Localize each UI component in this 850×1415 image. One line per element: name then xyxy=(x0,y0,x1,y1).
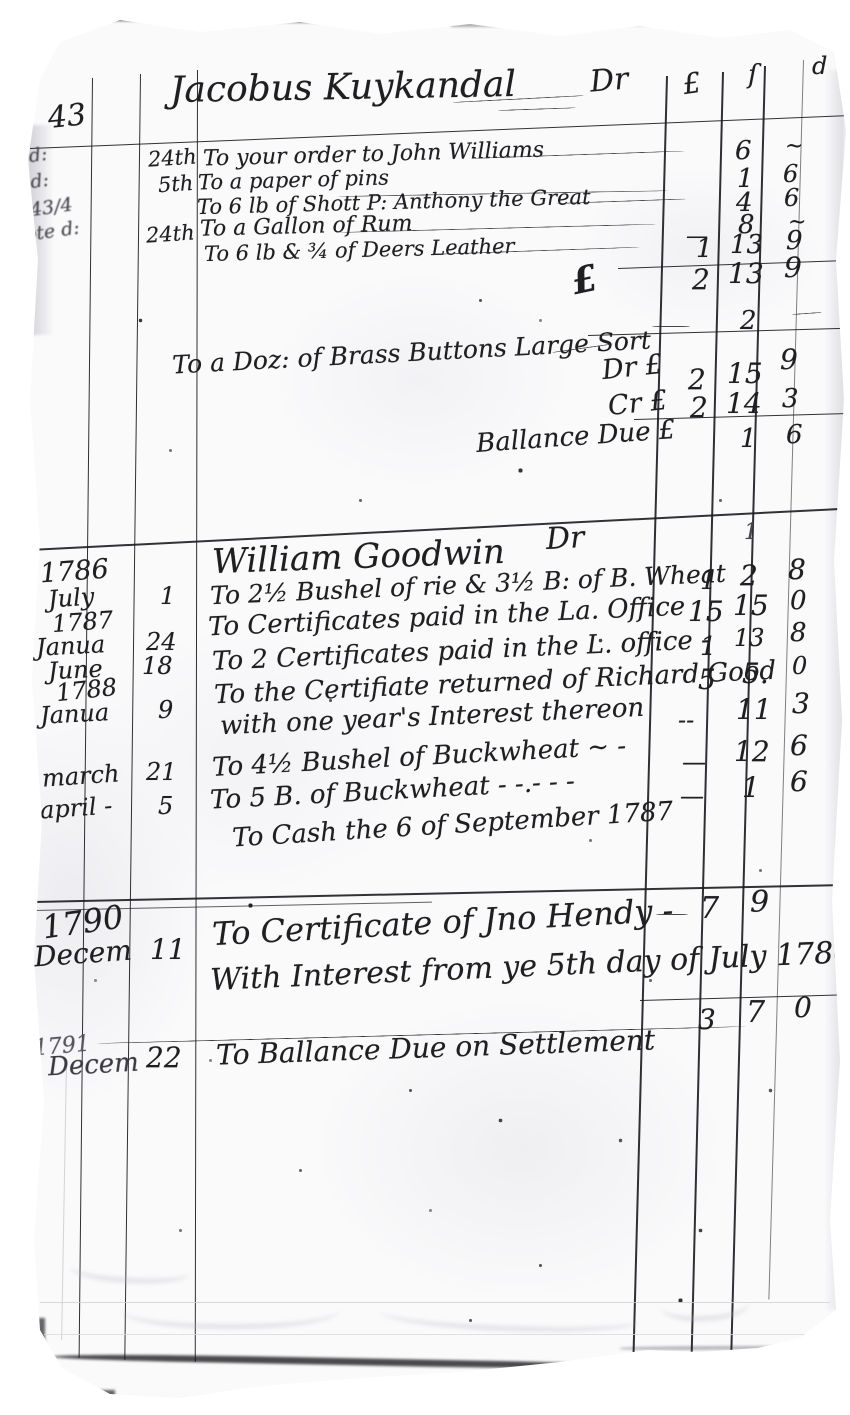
folio-number: 43 xyxy=(47,100,88,134)
account-title: Jacobus Kuykandal xyxy=(170,67,517,109)
amount-pounds: — xyxy=(680,784,704,808)
amount-pence: 0 xyxy=(792,654,807,678)
bleed-through-text xyxy=(120,1290,340,1329)
margin-day: 11 xyxy=(150,936,186,964)
ledger-rule-vertical xyxy=(195,70,198,1362)
debit-abbrev: Dr xyxy=(545,523,585,555)
amount-pounds: 2 xyxy=(690,394,708,422)
amount-pounds: 1 xyxy=(700,568,717,594)
scanned-ledger-page: 43 Jacobus Kuykandal Dr £ ſ d ch d: nn d… xyxy=(0,0,850,1415)
amount-pence: 9 xyxy=(780,346,798,374)
ghost-rule xyxy=(44,1334,824,1335)
amount-pence: 3 xyxy=(792,690,810,718)
amount-shillings: 15 xyxy=(727,360,763,388)
dust-specks xyxy=(0,0,1,1)
amount-pence: 6 xyxy=(790,768,808,796)
paper-edge-right-shadow xyxy=(824,70,844,1310)
amount-shillings: 1 xyxy=(744,522,758,544)
flourish-dash xyxy=(498,107,576,111)
paper-corner-curl xyxy=(38,1318,115,1397)
margin-day: 9 xyxy=(158,698,173,722)
amount-pounds: — xyxy=(682,750,706,774)
margin-month: Janua xyxy=(39,700,109,728)
total-shillings: 13 xyxy=(728,260,764,288)
margin-month: Decem xyxy=(47,1050,139,1081)
amount-pence: 6 xyxy=(790,732,808,760)
margin-month: march xyxy=(41,761,120,790)
margin-day: 18 xyxy=(142,654,173,678)
amount-shillings: 2 xyxy=(740,308,757,334)
total-pound-symbol: £ xyxy=(569,260,601,300)
amount-pence: 8 xyxy=(790,620,807,646)
pounds-header: £ xyxy=(681,69,703,99)
amount-shillings: 1 xyxy=(742,774,760,802)
margin-month: Decem xyxy=(33,937,133,972)
margin-day: 21 xyxy=(146,760,177,784)
amount-pence: 6 xyxy=(784,186,799,210)
amount-shillings: 1 xyxy=(740,426,757,452)
amount-pounds: 5 xyxy=(698,666,716,694)
amount-shillings: 12 xyxy=(734,738,770,766)
amount-pence: ~ xyxy=(785,136,803,158)
amount-shillings: 5. xyxy=(742,660,769,688)
margin-day: 22 xyxy=(146,1044,182,1072)
amount-shillings: 13 xyxy=(730,232,763,258)
amount-pounds: 7 xyxy=(700,894,719,924)
bleed-through-text xyxy=(69,1253,190,1286)
entry-day: 24th xyxy=(145,222,195,246)
margin-day: 24 xyxy=(146,630,177,654)
total-shillings: 7 xyxy=(746,998,765,1028)
total-pounds: 2 xyxy=(692,266,710,294)
amount-pounds: 1 xyxy=(700,634,717,660)
amount-pounds: -- xyxy=(678,708,694,732)
amount-shillings: 14 xyxy=(726,390,762,418)
bleed-through-text xyxy=(659,1284,751,1324)
amount-pounds: 1 xyxy=(696,236,713,262)
debit-label: Dr £ xyxy=(601,351,664,384)
amount-pence: 6 xyxy=(786,422,803,448)
margin-day: 1 xyxy=(160,584,175,608)
paper-edge-bottom xyxy=(52,1352,632,1370)
ledger-rule-horizontal xyxy=(32,884,848,903)
paper-edge-bottom-right xyxy=(620,1346,805,1351)
ledger-rule-horizontal xyxy=(640,994,850,1001)
paper-edge-top-right xyxy=(450,19,710,27)
paper-edge-top-notch xyxy=(160,8,204,21)
ledger-rule-vertical xyxy=(124,74,141,1360)
margin-day: 5 xyxy=(158,794,173,818)
amount-pounds: 15 xyxy=(688,598,724,626)
amount-shillings: 15 xyxy=(733,592,769,620)
debit-abbrev: Dr xyxy=(589,64,630,97)
amount-shillings: 9 xyxy=(750,888,769,918)
amount-pence: 6 xyxy=(783,162,798,186)
total-pence: 0 xyxy=(794,994,812,1022)
amount-pence: 8 xyxy=(788,556,806,584)
amount-shillings: 11 xyxy=(736,696,772,724)
flourish-dash xyxy=(652,326,690,327)
entry-desc: To a paper of pins xyxy=(198,168,389,194)
balance-label: Ballance Due £ xyxy=(475,417,676,457)
flourish-dash xyxy=(656,914,688,915)
margin-month: april - xyxy=(39,794,113,823)
shillings-header: ſ xyxy=(748,62,758,88)
amount-pence: 0 xyxy=(790,588,807,614)
amount-shillings: 6 xyxy=(735,138,752,164)
entry-desc: To a Doz: of Brass Buttons Large Sort xyxy=(172,327,652,377)
amount-shillings: 2 xyxy=(740,562,758,590)
entry-desc: To 6 lb & ¾ of Deers Leather xyxy=(204,236,515,265)
amount-pence: 3 xyxy=(782,386,799,412)
amount-shillings: 13 xyxy=(734,626,765,650)
entry-desc: To Certificate of Jno Hendy - xyxy=(211,894,674,950)
ledger-rule-vertical-faint xyxy=(61,1060,67,1340)
paper-sheet: 43 Jacobus Kuykandal Dr £ ſ d ch d: nn d… xyxy=(0,0,850,1415)
margin-note: Septe d: xyxy=(0,219,81,249)
paper-edge-top xyxy=(58,10,453,23)
pence-header: d xyxy=(812,54,827,78)
entry-desc: To Ballance Due on Settlement xyxy=(216,1026,656,1069)
total-pounds: 3 xyxy=(698,1006,716,1034)
total-pence: 9 xyxy=(784,254,802,282)
amount-pounds: 2 xyxy=(688,366,706,394)
entry-day: 24th xyxy=(147,146,197,170)
entry-day: 5th xyxy=(157,173,194,196)
margin-year: 1786 xyxy=(39,556,109,588)
